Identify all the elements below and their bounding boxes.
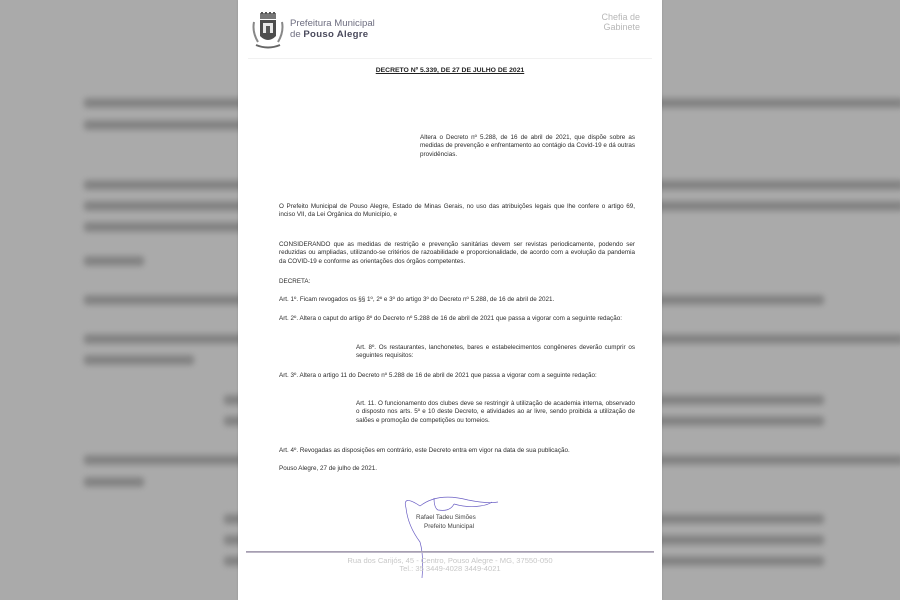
considerando-label: CONSIDERANDO: [279, 241, 330, 248]
article-2: Art. 2º. Altera o caput do artigo 8º do …: [279, 315, 635, 323]
decreta-heading: DECRETA:: [279, 278, 635, 286]
article-2-quote: Art. 8º. Os restaurantes, lanchonetes, b…: [356, 344, 635, 361]
preamble: O Prefeito Municipal de Pouso Alegre, Es…: [279, 203, 635, 220]
org-line-2: de Pouso Alegre: [290, 30, 375, 41]
article-3-quote: Art. 11. O funcionamento dos clubes deve…: [356, 400, 635, 425]
signer-role: Prefeito Municipal: [424, 523, 474, 531]
footer-divider: [246, 551, 654, 553]
dept-line-2: Gabinete: [601, 22, 640, 32]
organization-name: Prefeitura Municipal de Pouso Alegre: [290, 19, 375, 40]
document-page: Prefeitura Municipal de Pouso Alegre Che…: [238, 0, 662, 600]
considerando-paragraph: CONSIDERANDO que as medidas de restrição…: [279, 241, 635, 266]
dept-line-1: Chefia de: [601, 12, 640, 22]
header-divider: [248, 58, 652, 59]
signer-name: Rafael Tadeu Simões: [416, 514, 476, 522]
article-3: Art. 3º. Altera o artigo 11 do Decreto n…: [279, 372, 635, 380]
footer: Rua dos Carijós, 45 - Centro, Pouso Aleg…: [238, 557, 662, 573]
article-4: Art. 4º. Revogadas as disposições em con…: [279, 447, 635, 455]
decree-summary: Altera o Decreto nº 5.288, de 16 de abri…: [420, 134, 635, 159]
article-1: Art. 1º. Ficam revogados os §§ 1º, 2º e …: [279, 296, 635, 304]
coat-of-arms-icon: [252, 12, 284, 52]
decree-title: DECRETO Nº 5.339, DE 27 DE JULHO DE 2021: [238, 67, 662, 75]
considerando-text: que as medidas de restrição e prevenção …: [279, 241, 635, 265]
footer-phone: Tel.: 35 3449-4028 3449-4021: [238, 565, 662, 573]
place-and-date: Pouso Alegre, 27 de julho de 2021.: [279, 465, 635, 473]
department-name: Chefia de Gabinete: [601, 12, 640, 32]
